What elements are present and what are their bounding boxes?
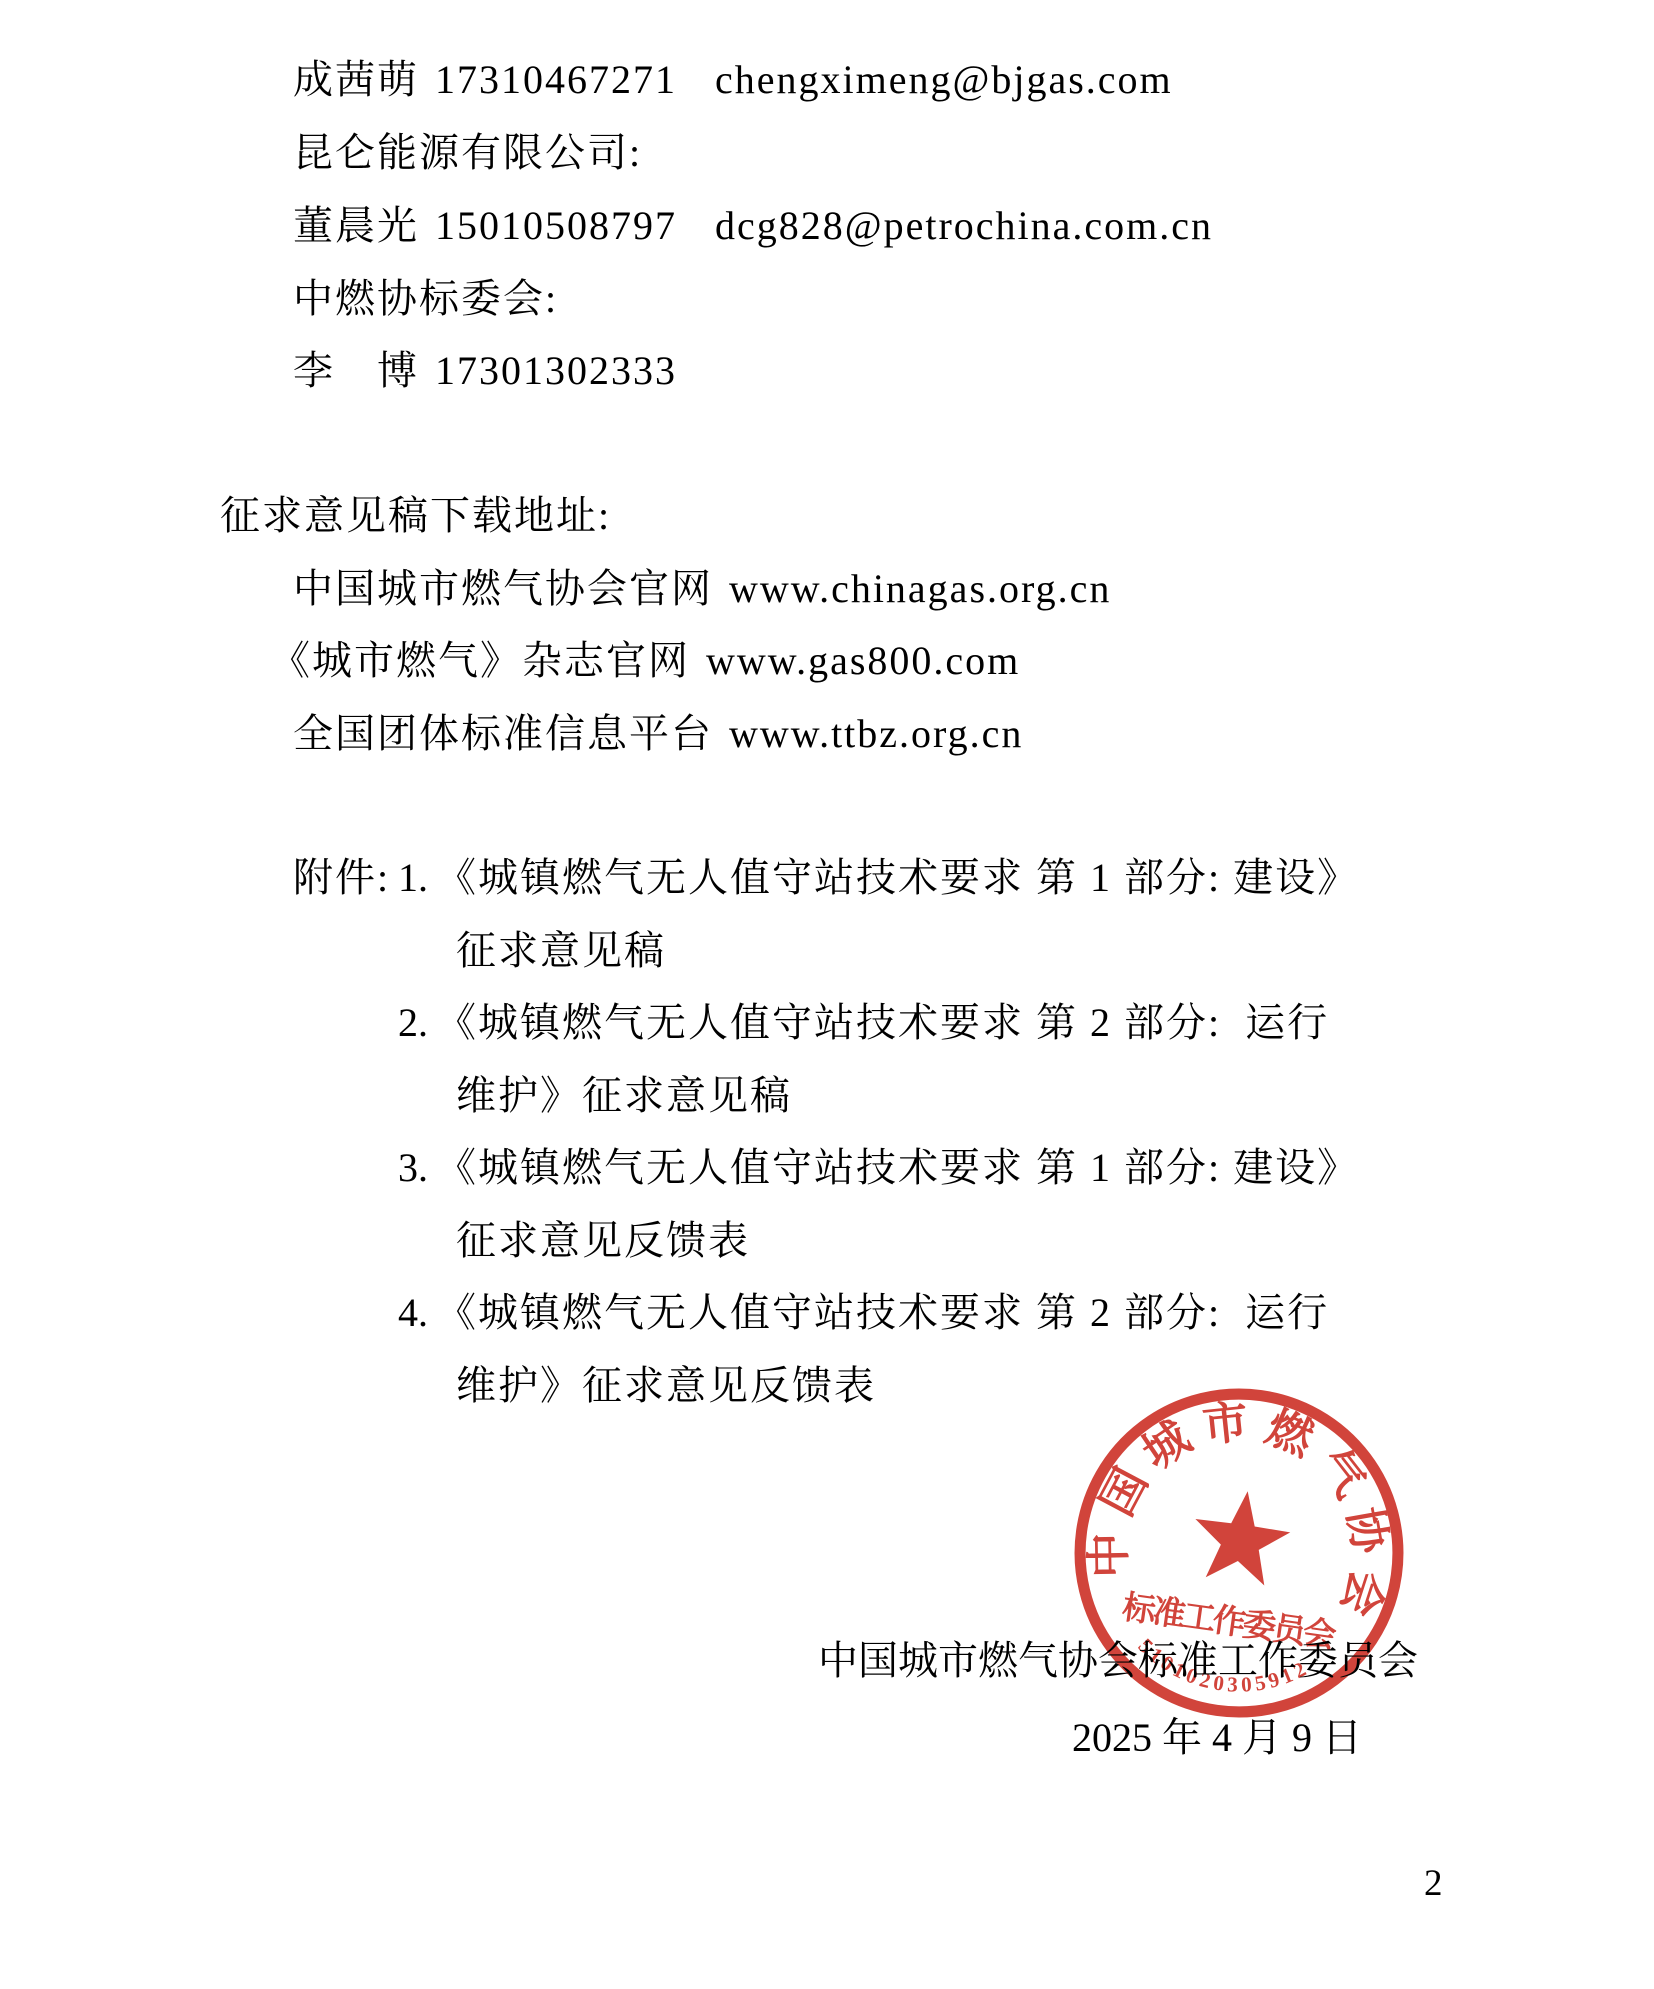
seal-ring-char: 气: [1308, 1440, 1376, 1507]
seal-ring-char: 协: [1338, 1504, 1395, 1559]
site-url: www.ttbz.org.cn: [729, 711, 1023, 756]
contact-email: dcg828@petrochina.com.cn: [715, 203, 1213, 248]
seal-ring-char: 城: [1134, 1412, 1200, 1479]
seal-star-icon: [1188, 1485, 1295, 1588]
seal-ring-char: 中: [1084, 1532, 1135, 1578]
attachment-title-cont: 维护》征求意见反馈表: [456, 1363, 876, 1408]
page-number-text: 2: [1424, 1863, 1443, 1904]
signature-date: 2025 年 4 月 9 日: [1032, 1666, 1362, 1810]
page-number: 2: [1424, 1862, 1443, 1905]
site-label: 全国团体标准信息平台: [293, 711, 713, 756]
contact-name: 李 博: [293, 348, 419, 393]
contact-phone: 17301302333: [435, 348, 677, 393]
contact-line: 李 博17301302333: [245, 299, 677, 443]
download-link: 全国团体标准信息平台www.ttbz.org.cn: [245, 662, 1023, 806]
seal-ring-char: 燃: [1259, 1402, 1322, 1466]
signature-date-text: 2025 年 4 月 9 日: [1072, 1715, 1362, 1760]
contact-email: chengximeng@bjgas.com: [715, 57, 1173, 102]
attachment-item-4-line-2: 维护》征求意见反馈表: [408, 1314, 876, 1458]
seal-ring-char: 国: [1092, 1460, 1157, 1523]
seal-ring-char: 市: [1200, 1397, 1250, 1451]
